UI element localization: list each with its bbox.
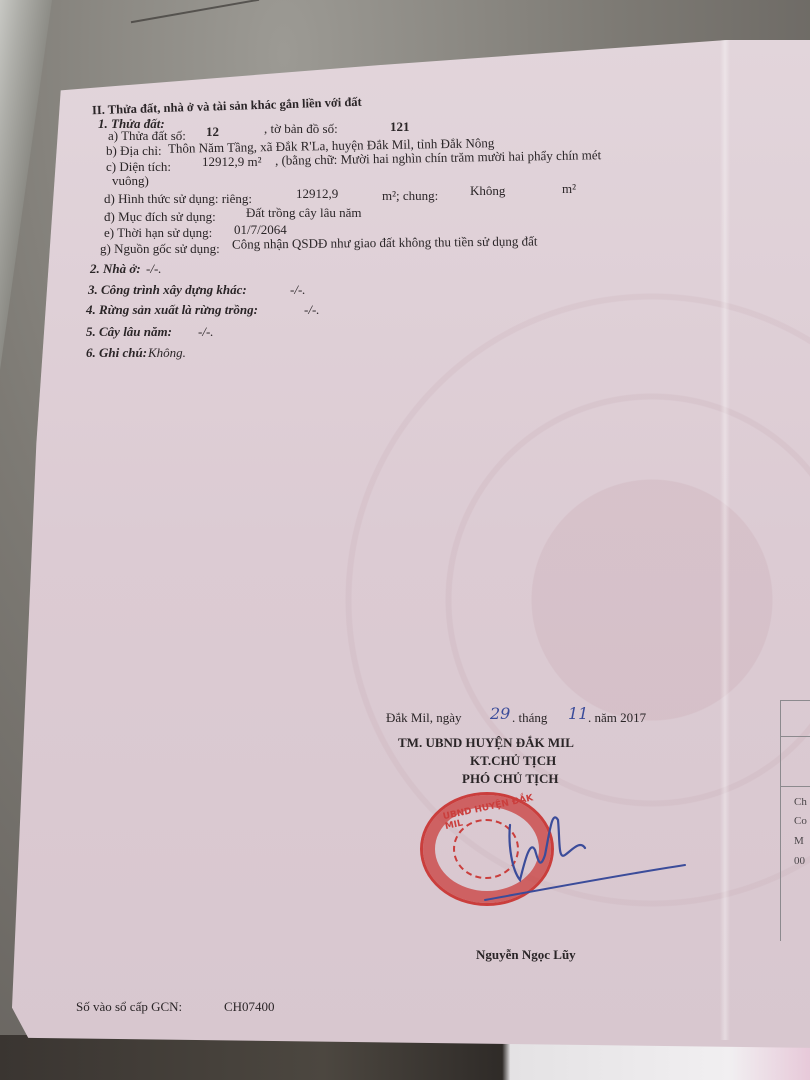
- signature-icon: [480, 800, 710, 910]
- table-divider: [781, 786, 810, 787]
- term-value: 01/7/2064: [234, 223, 287, 236]
- item-label: 3. Công trình xây dựng khác:: [88, 283, 247, 296]
- signing-month: 11: [568, 706, 588, 722]
- signer-name: Nguyễn Ngọc Lũy: [476, 948, 576, 961]
- signing-place-prefix: Đắk Mil, ngày: [386, 711, 461, 724]
- parcel-no: 12: [206, 125, 219, 138]
- item-value: -/-.: [290, 283, 306, 296]
- authority: TM. UBND HUYỆN ĐẮK MIL: [398, 736, 574, 749]
- area-value: 12912,9 m²: [202, 155, 262, 168]
- purpose-value: Đất trồng cây lâu năm: [246, 206, 362, 219]
- table-divider: [781, 736, 810, 737]
- certificate-no-label: Số vào sổ cấp GCN:: [76, 1000, 182, 1013]
- origin-value: Công nhận QSDĐ như giao đất không thu ti…: [232, 234, 538, 250]
- item-label: 4. Rừng sản xuất là rừng trồng:: [86, 303, 258, 316]
- certificate-no: CH07400: [224, 1000, 275, 1013]
- item-label: 6. Ghi chú:: [86, 346, 147, 359]
- address-label: b) Địa chỉ:: [106, 144, 162, 157]
- signing-month-label: . tháng: [512, 711, 547, 724]
- section-title: II. Thửa đất, nhà ở và tài sản khác gắn …: [92, 96, 362, 117]
- map-sheet-no: 121: [390, 120, 410, 133]
- adjacent-page-text: 00: [794, 855, 805, 867]
- item-value: -/-.: [198, 325, 214, 338]
- on-behalf: KT.CHỦ TỊCH: [470, 754, 556, 767]
- origin-label: g) Nguồn gốc sử dụng:: [100, 242, 220, 255]
- map-sheet-label: , tờ bản đồ số:: [264, 122, 338, 135]
- usage-private-unit: m²; chung:: [382, 189, 438, 202]
- item-value: -/-.: [304, 303, 320, 316]
- adjacent-page-text: Co: [794, 815, 807, 827]
- purpose-label: đ) Mục đích sử dụng:: [104, 210, 216, 223]
- signing-day: 29: [490, 706, 510, 722]
- item-label: 2. Nhà ở:: [90, 262, 141, 275]
- area-label: c) Diện tích:: [106, 160, 171, 173]
- usage-shared-unit: m²: [562, 182, 576, 195]
- usage-form-label: d) Hình thức sử dụng: riêng:: [104, 192, 252, 205]
- item-value: -/-.: [146, 262, 162, 275]
- certificate-content: II. Thửa đất, nhà ở và tài sản khác gắn …: [0, 0, 810, 1080]
- term-label: e) Thời hạn sử dụng:: [104, 226, 212, 239]
- usage-private-value: 12912,9: [296, 187, 338, 200]
- signing-year: . năm 2017: [588, 711, 646, 724]
- item-label: 5. Cây lâu năm:: [86, 325, 172, 338]
- adjacent-page-text: Ch: [794, 796, 807, 808]
- item-value: Không.: [148, 346, 186, 359]
- position-title: PHÓ CHỦ TỊCH: [462, 772, 559, 785]
- adjacent-page-text: M: [794, 835, 804, 847]
- usage-shared-value: Không: [470, 184, 505, 197]
- area-in-words-cont: vuông): [112, 174, 149, 187]
